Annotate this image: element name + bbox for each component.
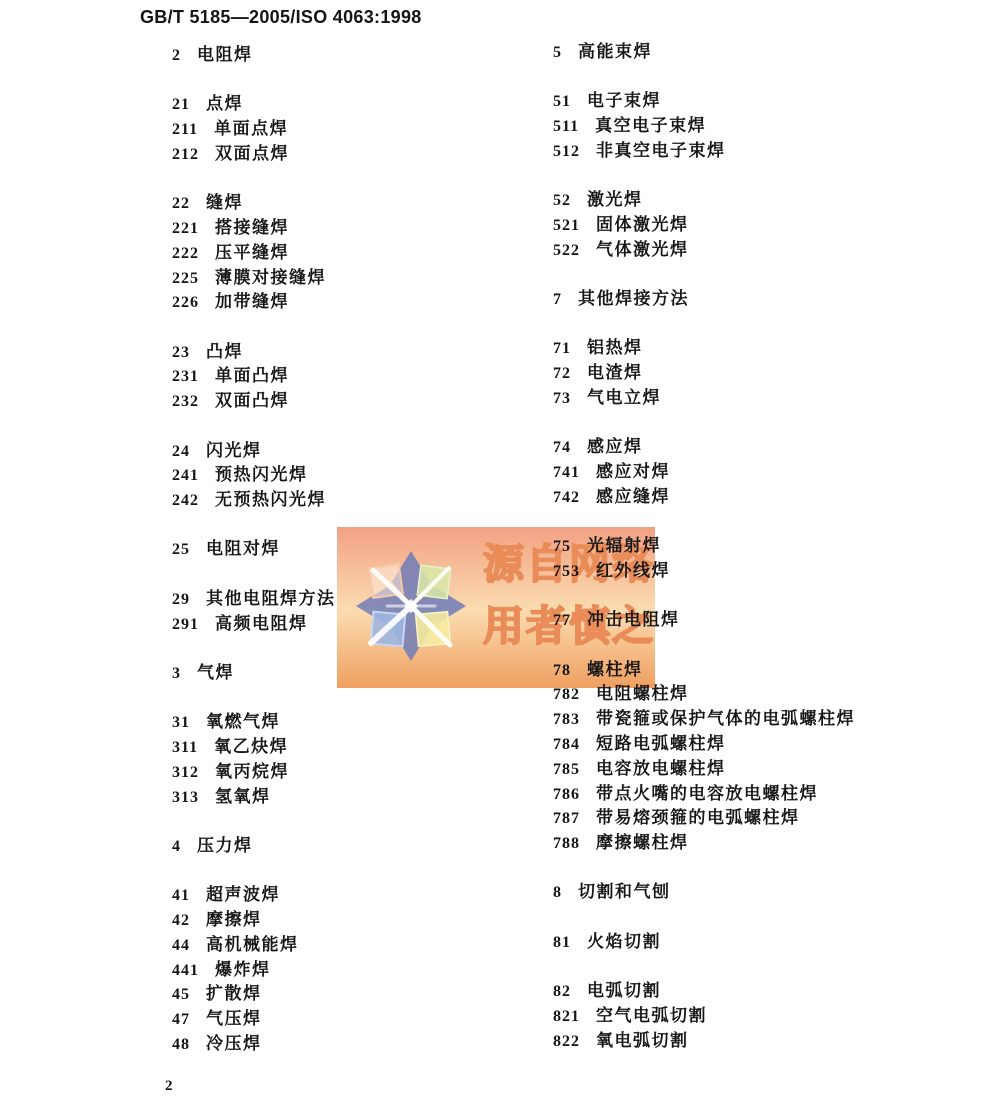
entry-label: 激光焊 [587,190,643,209]
code-group: 78螺柱焊782电阻螺柱焊783带瓷箍或保护气体的电弧螺柱焊784短路电弧螺柱焊… [553,658,855,856]
entry-code: 822 [553,1033,580,1050]
entry-label: 薄膜对接缝焊 [215,268,326,287]
code-group: 51电子束焊511真空电子束焊512非真空电子束焊 [553,89,855,163]
entry-code: 311 [172,739,198,756]
entry-code: 72 [553,365,571,382]
entry-code: 291 [172,616,199,633]
left-column: 2电阻焊21点焊211单面点焊212双面点焊22缝焊221搭接缝焊222压平缝焊… [172,43,336,1057]
entry-label: 带瓷箍或保护气体的电弧螺柱焊 [596,709,855,728]
entry-label: 扩散焊 [206,984,262,1003]
entry-label: 凸焊 [206,342,243,361]
code-entry: 44高机械能焊 [172,933,336,958]
entry-code: 231 [172,368,199,385]
entry-code: 241 [172,467,199,484]
document-page: GB/T 5185—2005/ISO 4063:1998 [0,0,992,1102]
entry-code: 212 [172,146,199,163]
code-group: 71铝热焊72电渣焊73气电立焊 [553,336,855,410]
code-entry: 73气电立焊 [553,386,855,411]
entry-code: 221 [172,220,199,237]
code-entry: 24闪光焊 [172,439,336,464]
code-entry: 522气体激光焊 [553,238,855,263]
entry-label: 爆炸焊 [215,960,271,979]
code-entry: 753红外线焊 [553,559,855,584]
entry-label: 红外线焊 [596,561,670,580]
code-group: 25电阻对焊 [172,537,336,562]
entry-label: 其他电阻焊方法 [206,589,336,608]
code-entry: 51电子束焊 [553,89,855,114]
standard-number: GB/T 5185—2005/ISO 4063:1998 [140,7,422,28]
code-entry: 312氧丙烷焊 [172,760,336,785]
code-entry: 47气压焊 [172,1007,336,1032]
right-column: 5高能束焊51电子束焊511真空电子束焊512非真空电子束焊52激光焊521固体… [553,40,855,1053]
entry-label: 压力焊 [197,836,253,855]
entry-label: 搭接缝焊 [215,218,289,237]
code-group: 7其他焊接方法 [553,287,855,312]
entry-label: 火焰切割 [587,932,661,951]
code-group: 41超声波焊42摩擦焊44高机械能焊441爆炸焊45扩散焊47气压焊48冷压焊 [172,883,336,1057]
entry-label: 光辐射焊 [587,536,661,555]
entry-label: 氧电弧切割 [596,1031,689,1050]
code-entry: 291高频电阻焊 [172,612,336,637]
entry-code: 5 [553,44,562,61]
entry-code: 7 [553,291,562,308]
code-entry: 226加带缝焊 [172,290,336,315]
code-entry: 45扩散焊 [172,982,336,1007]
entry-code: 225 [172,270,199,287]
entry-label: 闪光焊 [206,441,262,460]
code-group: 5高能束焊 [553,40,855,65]
entry-label: 缝焊 [206,193,243,212]
code-entry: 786带点火嘴的电容放电螺柱焊 [553,782,855,807]
entry-code: 788 [553,835,580,852]
entry-label: 预热闪光焊 [215,465,308,484]
code-entry: 211单面点焊 [172,117,336,142]
code-entry: 23凸焊 [172,340,336,365]
page-number: 2 [165,1078,173,1095]
code-entry: 4压力焊 [172,834,336,859]
code-group: 23凸焊231单面凸焊232双面凸焊 [172,340,336,414]
entry-label: 电阻对焊 [206,539,280,558]
entry-label: 电子束焊 [587,91,661,110]
code-entry: 72电渣焊 [553,361,855,386]
entry-label: 压平缝焊 [215,243,289,262]
code-entry: 25电阻对焊 [172,537,336,562]
code-entry: 71铝热焊 [553,336,855,361]
pinwheel-star-logo-icon [351,541,471,671]
code-entry: 242无预热闪光焊 [172,488,336,513]
entry-code: 521 [553,217,580,234]
code-entry: 742感应缝焊 [553,485,855,510]
entry-label: 氧丙烷焊 [215,762,289,781]
entry-label: 气压焊 [206,1009,262,1028]
code-entry: 441爆炸焊 [172,958,336,983]
code-entry: 21点焊 [172,92,336,117]
entry-label: 气焊 [197,663,234,682]
entry-label: 高机械能焊 [206,935,299,954]
entry-code: 82 [553,983,571,1000]
code-entry: 52激光焊 [553,188,855,213]
entry-code: 3 [172,665,181,682]
code-entry: 512非真空电子束焊 [553,139,855,164]
code-entry: 82电弧切割 [553,979,855,1004]
code-entry: 5高能束焊 [553,40,855,65]
entry-label: 感应对焊 [596,462,670,481]
entry-label: 电弧切割 [587,981,661,1000]
entry-code: 313 [172,789,199,806]
code-group: 21点焊211单面点焊212双面点焊 [172,92,336,166]
entry-code: 45 [172,986,190,1003]
entry-label: 双面点焊 [215,144,289,163]
entry-code: 222 [172,245,199,262]
code-entry: 78螺柱焊 [553,658,855,683]
code-entry: 77冲击电阻焊 [553,608,855,633]
code-group: 77冲击电阻焊 [553,608,855,633]
code-entry: 75光辐射焊 [553,534,855,559]
entry-label: 电渣焊 [587,363,643,382]
code-group: 31氧燃气焊311氧乙炔焊312氧丙烷焊313氢氧焊 [172,710,336,809]
entry-code: 51 [553,93,571,110]
entry-label: 带易熔颈箍的电弧螺柱焊 [596,808,800,827]
entry-code: 785 [553,761,580,778]
code-group: 29其他电阻焊方法291高频电阻焊 [172,587,336,637]
code-entry: 521固体激光焊 [553,213,855,238]
entry-label: 无预热闪光焊 [215,490,326,509]
entry-code: 44 [172,937,190,954]
code-entry: 2电阻焊 [172,43,336,68]
code-group: 74感应焊741感应对焊742感应缝焊 [553,435,855,509]
entry-code: 512 [553,143,580,160]
entry-label: 短路电弧螺柱焊 [596,734,726,753]
entry-code: 742 [553,489,580,506]
code-group: 8切割和气刨 [553,880,855,905]
entry-label: 空气电弧切割 [596,1006,707,1025]
code-entry: 231单面凸焊 [172,364,336,389]
entry-label: 电阻螺柱焊 [596,684,689,703]
code-entry: 784短路电弧螺柱焊 [553,732,855,757]
entry-label: 氢氧焊 [215,787,271,806]
entry-label: 单面点焊 [214,119,288,138]
entry-label: 高频电阻焊 [215,614,308,633]
code-entry: 74感应焊 [553,435,855,460]
code-group: 3气焊 [172,661,336,686]
code-entry: 22缝焊 [172,191,336,216]
code-entry: 212双面点焊 [172,142,336,167]
entry-label: 切割和气刨 [578,882,671,901]
entry-label: 冲击电阻焊 [587,610,680,629]
entry-label: 电容放电螺柱焊 [596,759,726,778]
entry-code: 821 [553,1008,580,1025]
code-entry: 822氧电弧切割 [553,1029,855,1054]
entry-label: 单面凸焊 [215,366,289,385]
code-entry: 48冷压焊 [172,1032,336,1057]
code-entry: 7其他焊接方法 [553,287,855,312]
entry-label: 气电立焊 [587,388,661,407]
entry-label: 其他焊接方法 [578,289,689,308]
code-entry: 225薄膜对接缝焊 [172,266,336,291]
code-group: 22缝焊221搭接缝焊222压平缝焊225薄膜对接缝焊226加带缝焊 [172,191,336,315]
entry-code: 232 [172,393,199,410]
code-entry: 783带瓷箍或保护气体的电弧螺柱焊 [553,707,855,732]
entry-label: 感应缝焊 [596,487,670,506]
entry-code: 78 [553,662,571,679]
entry-code: 24 [172,443,190,460]
code-entry: 741感应对焊 [553,460,855,485]
code-entry: 788摩擦螺柱焊 [553,831,855,856]
entry-label: 加带缝焊 [215,292,289,311]
entry-label: 铝热焊 [587,338,643,357]
entry-code: 21 [172,96,190,113]
entry-code: 25 [172,541,190,558]
code-entry: 313氢氧焊 [172,785,336,810]
code-entry: 511真空电子束焊 [553,114,855,139]
code-entry: 42摩擦焊 [172,908,336,933]
entry-label: 感应焊 [587,437,643,456]
code-entry: 232双面凸焊 [172,389,336,414]
code-group: 4压力焊 [172,834,336,859]
entry-code: 211 [172,121,198,138]
entry-code: 784 [553,736,580,753]
entry-code: 52 [553,192,571,209]
entry-code: 783 [553,711,580,728]
code-entry: 222压平缝焊 [172,241,336,266]
entry-code: 522 [553,242,580,259]
code-entry: 3气焊 [172,661,336,686]
entry-label: 摩擦螺柱焊 [596,833,689,852]
entry-code: 23 [172,344,190,361]
entry-code: 31 [172,714,190,731]
entry-code: 81 [553,934,571,951]
entry-code: 2 [172,47,181,64]
entry-code: 753 [553,563,580,580]
entry-label: 点焊 [206,94,243,113]
entry-code: 312 [172,764,199,781]
entry-label: 超声波焊 [206,885,280,904]
entry-code: 786 [553,786,580,803]
entry-label: 电阻焊 [197,45,253,64]
entry-code: 73 [553,390,571,407]
entry-code: 441 [172,962,199,979]
code-entry: 241预热闪光焊 [172,463,336,488]
entry-label: 气体激光焊 [596,240,689,259]
entry-code: 242 [172,492,199,509]
entry-code: 226 [172,294,199,311]
entry-code: 77 [553,612,571,629]
entry-label: 摩擦焊 [206,910,262,929]
entry-code: 29 [172,591,190,608]
code-group: 24闪光焊241预热闪光焊242无预热闪光焊 [172,439,336,513]
entry-code: 511 [553,118,579,135]
entry-label: 氧乙炔焊 [214,737,288,756]
entry-label: 带点火嘴的电容放电螺柱焊 [596,784,818,803]
code-entry: 785电容放电螺柱焊 [553,757,855,782]
code-entry: 31氧燃气焊 [172,710,336,735]
code-entry: 782电阻螺柱焊 [553,682,855,707]
code-entry: 787带易熔颈箍的电弧螺柱焊 [553,806,855,831]
code-group: 82电弧切割821空气电弧切割822氧电弧切割 [553,979,855,1053]
entry-code: 75 [553,538,571,555]
entry-code: 782 [553,686,580,703]
code-group: 52激光焊521固体激光焊522气体激光焊 [553,188,855,262]
entry-code: 787 [553,810,580,827]
entry-code: 22 [172,195,190,212]
code-entry: 29其他电阻焊方法 [172,587,336,612]
code-entry: 311氧乙炔焊 [172,735,336,760]
entry-label: 螺柱焊 [587,660,643,679]
entry-code: 71 [553,340,571,357]
entry-label: 真空电子束焊 [595,116,706,135]
entry-label: 非真空电子束焊 [596,141,726,160]
code-group: 75光辐射焊753红外线焊 [553,534,855,584]
code-entry: 221搭接缝焊 [172,216,336,241]
entry-code: 47 [172,1011,190,1028]
entry-code: 41 [172,887,190,904]
entry-code: 74 [553,439,571,456]
entry-label: 冷压焊 [206,1034,262,1053]
code-entry: 821空气电弧切割 [553,1004,855,1029]
code-group: 2电阻焊 [172,43,336,68]
entry-label: 高能束焊 [578,42,652,61]
entry-code: 4 [172,838,181,855]
code-entry: 41超声波焊 [172,883,336,908]
entry-label: 氧燃气焊 [206,712,280,731]
entry-code: 8 [553,884,562,901]
code-entry: 8切割和气刨 [553,880,855,905]
code-group: 81火焰切割 [553,930,855,955]
entry-code: 48 [172,1036,190,1053]
code-entry: 81火焰切割 [553,930,855,955]
entry-label: 双面凸焊 [215,391,289,410]
entry-code: 741 [553,464,580,481]
entry-code: 42 [172,912,190,929]
entry-label: 固体激光焊 [596,215,689,234]
